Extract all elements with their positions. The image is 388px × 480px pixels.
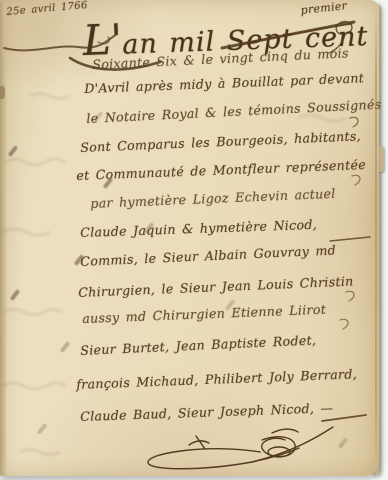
ink-spot (60, 341, 71, 353)
manuscript-line: Sieur Burtet, Jean Baptiste Rodet, (80, 332, 317, 358)
manuscript-scan: 25e avril 1766 premier L'an mil Sept cen… (0, 0, 388, 480)
manuscript-line: Claude Baud, Sieur Joseph Nicod, — (80, 400, 334, 424)
manuscript-line: le Notaire Royal & les témoins Soussigné… (86, 97, 382, 126)
manuscript-line: Commis, le Sieur Albain Gouvray md (80, 242, 336, 269)
ink-spot (10, 289, 21, 301)
manuscript-line: françois Michaud, Philibert Joly Berrard… (76, 366, 357, 392)
ink-spot (37, 423, 48, 435)
manuscript-line: Sont Comparus les Bourgeois, habitants, (80, 128, 361, 155)
manuscript-line: et Communauté de Montfleur représentée (76, 157, 366, 183)
manuscript-line: D'Avril après midy à Bouillat par devant (84, 70, 364, 96)
manuscript-line: Chirurgien, le Sieur Jean Louis Christin (78, 273, 354, 300)
ink-spot (8, 145, 19, 157)
margin-date-note: 25e avril 1766 (6, 0, 88, 18)
paper-edge-nick (0, 86, 5, 99)
manuscript-line: aussy md Chirurgien Etienne Liirot (82, 302, 326, 326)
manuscript-line: par hymetière Ligoz Echevin actuel (90, 186, 336, 211)
ink-spot (338, 437, 349, 449)
manuscript-line: Claude Jaquin & hymetière Nicod, (80, 217, 317, 240)
manuscript-page: 25e avril 1766 premier L'an mil Sept cen… (0, 0, 379, 476)
